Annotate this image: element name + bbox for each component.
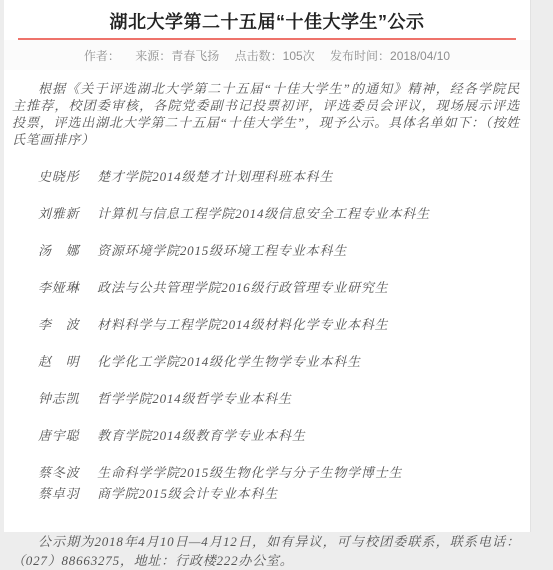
student-row: 赵 明 化学化工学院2014级化学生物学专业本科生 xyxy=(38,355,530,369)
student-name: 汤 娜 xyxy=(38,244,93,258)
student-list: 史晓彤 楚才学院2014级楚才计划理科班本科生 刘雅新 计算机与信息工程学院20… xyxy=(4,170,530,501)
student-desc: 材料科学与工程学院2014级材料化学专业本科生 xyxy=(97,318,388,332)
intro-paragraph: 根据《关于评选湖北大学第二十五届“十佳大学生”的通知》精神，经各学院民主推荐，校… xyxy=(12,80,520,148)
student-desc: 教育学院2014级教育学专业本科生 xyxy=(97,429,306,443)
student-row: 蔡卓羽 商学院2015级会计专业本科生 xyxy=(38,487,530,501)
meta-hits: 点击数：105次 xyxy=(235,49,315,63)
meta-author: 作者： xyxy=(84,49,120,63)
student-name: 史晓彤 xyxy=(38,170,93,184)
content-area: 湖北大学第二十五届“十佳大学生”公示 作者： 来源：青春飞扬 点击数：105次 … xyxy=(4,0,531,532)
student-row: 唐宇聪 教育学院2014级教育学专业本科生 xyxy=(38,429,530,443)
student-name: 赵 明 xyxy=(38,355,93,369)
meta-publish-time: 发布时间：2018/04/10 xyxy=(330,49,450,63)
student-name: 刘雅新 xyxy=(38,207,93,221)
student-row: 李娅琳 政法与公共管理学院2016级行政管理专业研究生 xyxy=(38,281,530,295)
student-name: 钟志凯 xyxy=(38,392,93,406)
student-row: 史晓彤 楚才学院2014级楚才计划理科班本科生 xyxy=(38,170,530,184)
student-row: 蔡冬波 生命科学学院2015级生物化学与分子生物学博士生 xyxy=(38,466,530,480)
student-desc: 生命科学学院2015级生物化学与分子生物学博士生 xyxy=(97,466,402,480)
student-desc: 资源环境学院2015级环境工程专业本科生 xyxy=(97,244,347,258)
student-desc: 哲学学院2014级哲学专业本科生 xyxy=(97,392,292,406)
student-desc: 化学化工学院2014级化学生物学专业本科生 xyxy=(97,355,361,369)
page-title: 湖北大学第二十五届“十佳大学生”公示 xyxy=(4,0,530,34)
student-row: 刘雅新 计算机与信息工程学院2014级信息安全工程专业本科生 xyxy=(38,207,530,221)
student-row: 李 波 材料科学与工程学院2014级材料化学专业本科生 xyxy=(38,318,530,332)
student-name: 李娅琳 xyxy=(38,281,93,295)
student-desc: 楚才学院2014级楚才计划理科班本科生 xyxy=(97,170,333,184)
student-row: 汤 娜 资源环境学院2015级环境工程专业本科生 xyxy=(38,244,530,258)
meta-bar: 作者： 来源：青春飞扬 点击数：105次 发布时间：2018/04/10 xyxy=(4,40,530,70)
student-name: 李 波 xyxy=(38,318,93,332)
student-row: 钟志凯 哲学学院2014级哲学专业本科生 xyxy=(38,392,530,406)
meta-source: 来源：青春飞扬 xyxy=(135,49,219,63)
student-name: 唐宇聪 xyxy=(38,429,93,443)
student-desc: 计算机与信息工程学院2014级信息安全工程专业本科生 xyxy=(97,207,430,221)
student-name: 蔡卓羽 xyxy=(38,487,93,501)
student-desc: 政法与公共管理学院2016级行政管理专业研究生 xyxy=(97,281,388,295)
student-name: 蔡冬波 xyxy=(38,466,93,480)
student-desc: 商学院2015级会计专业本科生 xyxy=(97,487,278,501)
